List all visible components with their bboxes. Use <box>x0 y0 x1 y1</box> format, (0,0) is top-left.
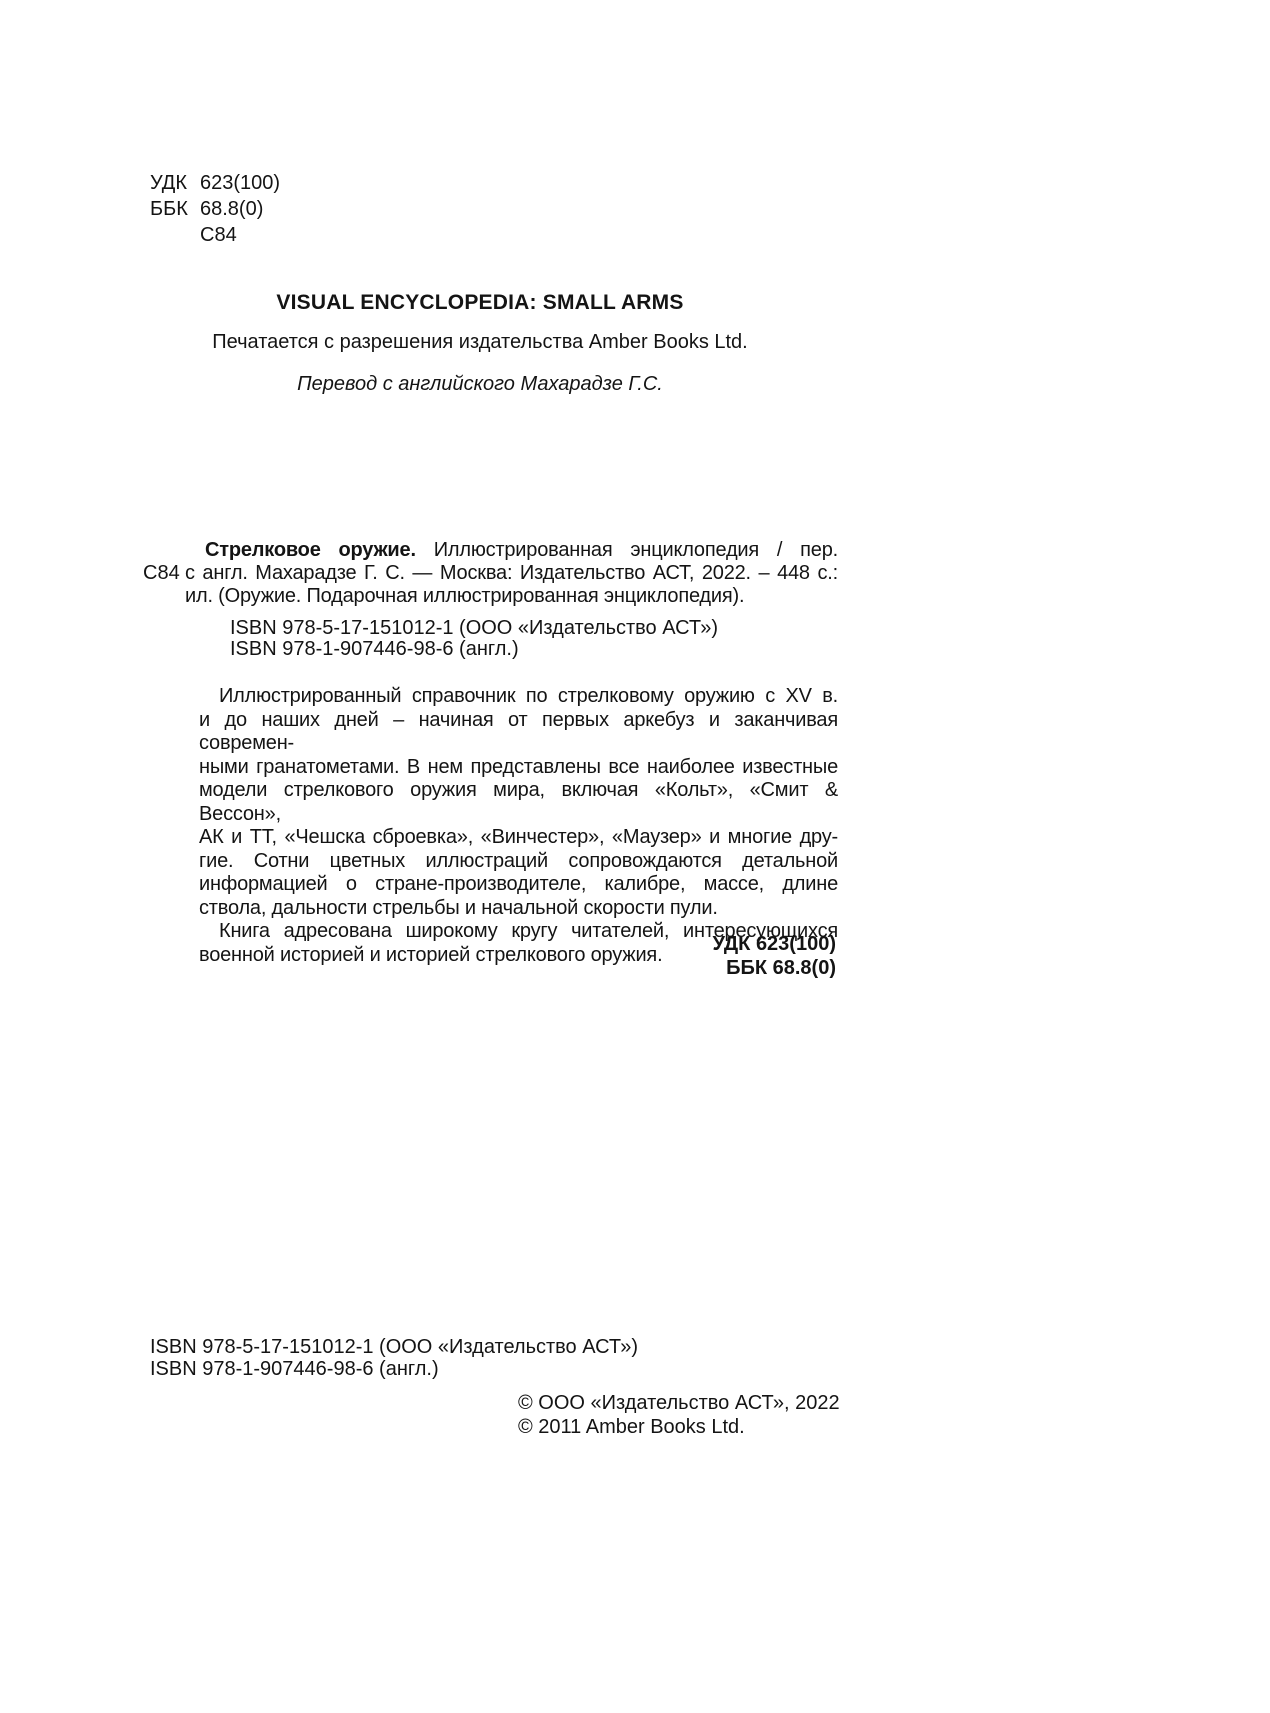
bbk-label: ББК <box>150 196 200 222</box>
copyright-line: © ООО «Издательство АСТ», 2022 <box>518 1391 840 1415</box>
author-code-row: С84 <box>150 222 280 248</box>
permission-line: Печатается с разрешения издательства Amb… <box>135 331 825 354</box>
annotation-line1-rest: Иллюстрированная энциклопедия / пер. <box>416 539 838 561</box>
classification-footer-block: УДК 623(100) ББК 68.8(0) <box>536 932 836 980</box>
annotation-lines: Стрелковое оружие. Иллюстрированная энци… <box>185 539 838 608</box>
annotation-line: Стрелковое оружие. Иллюстрированная энци… <box>185 539 838 562</box>
bbk-row: ББК 68.8(0) <box>150 196 280 222</box>
udk-value: 623(100) <box>200 170 280 196</box>
abstract-line: информацией о стране-производителе, кали… <box>199 873 838 897</box>
isbn-top-block: ISBN 978-5-17-151012-1 (ООО «Издательств… <box>230 618 718 660</box>
author-code-spacer <box>150 222 200 248</box>
udk-label: УДК <box>150 170 200 196</box>
isbn-line: ISBN 978-5-17-151012-1 (ООО «Издательств… <box>230 618 718 639</box>
abstract-line: гие. Сотни цветных иллюстраций сопровожд… <box>199 850 838 874</box>
abstract-line: модели стрелкового оружия мира, включая … <box>199 779 838 826</box>
isbn-line: ISBN 978-1-907446-98-6 (англ.) <box>230 639 718 660</box>
isbn-bottom-block: ISBN 978-5-17-151012-1 (ООО «Издательств… <box>150 1336 638 1380</box>
udk-footer: УДК 623(100) <box>536 932 836 956</box>
isbn-line: ISBN 978-5-17-151012-1 (ООО «Издательств… <box>150 1336 638 1358</box>
abstract-line: ствола, дальности стрельбы и начальной с… <box>199 897 838 921</box>
original-title: VISUAL ENCYCLOPEDIA: SMALL ARMS <box>135 291 825 315</box>
copyright-block: © ООО «Издательство АСТ», 2022 © 2011 Am… <box>518 1391 840 1439</box>
abstract-line: и до наших дней – начиная от первых арке… <box>199 709 838 756</box>
copyright-line: © 2011 Amber Books Ltd. <box>518 1415 840 1439</box>
annotation-line: с англ. Махарадзе Г. С. — Москва: Издате… <box>185 562 838 585</box>
classification-top-block: УДК 623(100) ББК 68.8(0) С84 <box>150 170 280 248</box>
udk-row: УДК 623(100) <box>150 170 280 196</box>
bbk-value: 68.8(0) <box>200 196 263 222</box>
isbn-line: ISBN 978-1-907446-98-6 (англ.) <box>150 1358 638 1380</box>
bbk-footer: ББК 68.8(0) <box>536 956 836 980</box>
abstract-line: Иллюстрированный справочник по стрелково… <box>199 685 838 709</box>
imprint-page: УДК 623(100) ББК 68.8(0) С84 VISUAL ENCY… <box>0 0 1270 1713</box>
abstract-line: АК и ТТ, «Чешска сброевка», «Винчестер»,… <box>199 826 838 850</box>
annotation-code: С84 <box>143 562 180 585</box>
abstract-block: Иллюстрированный справочник по стрелково… <box>199 685 838 967</box>
translation-line: Перевод с английского Махарадзе Г.С. <box>135 373 825 396</box>
author-code: С84 <box>200 222 237 248</box>
annotation-line: ил. (Оружие. Подарочная иллюстрированная… <box>185 585 838 608</box>
book-title-bold: Стрелковое оружие. <box>205 539 416 561</box>
abstract-line: ными гранатометами. В нем представлены в… <box>199 756 838 780</box>
annotation-block: С84 Стрелковое оружие. Иллюстрированная … <box>143 539 838 608</box>
